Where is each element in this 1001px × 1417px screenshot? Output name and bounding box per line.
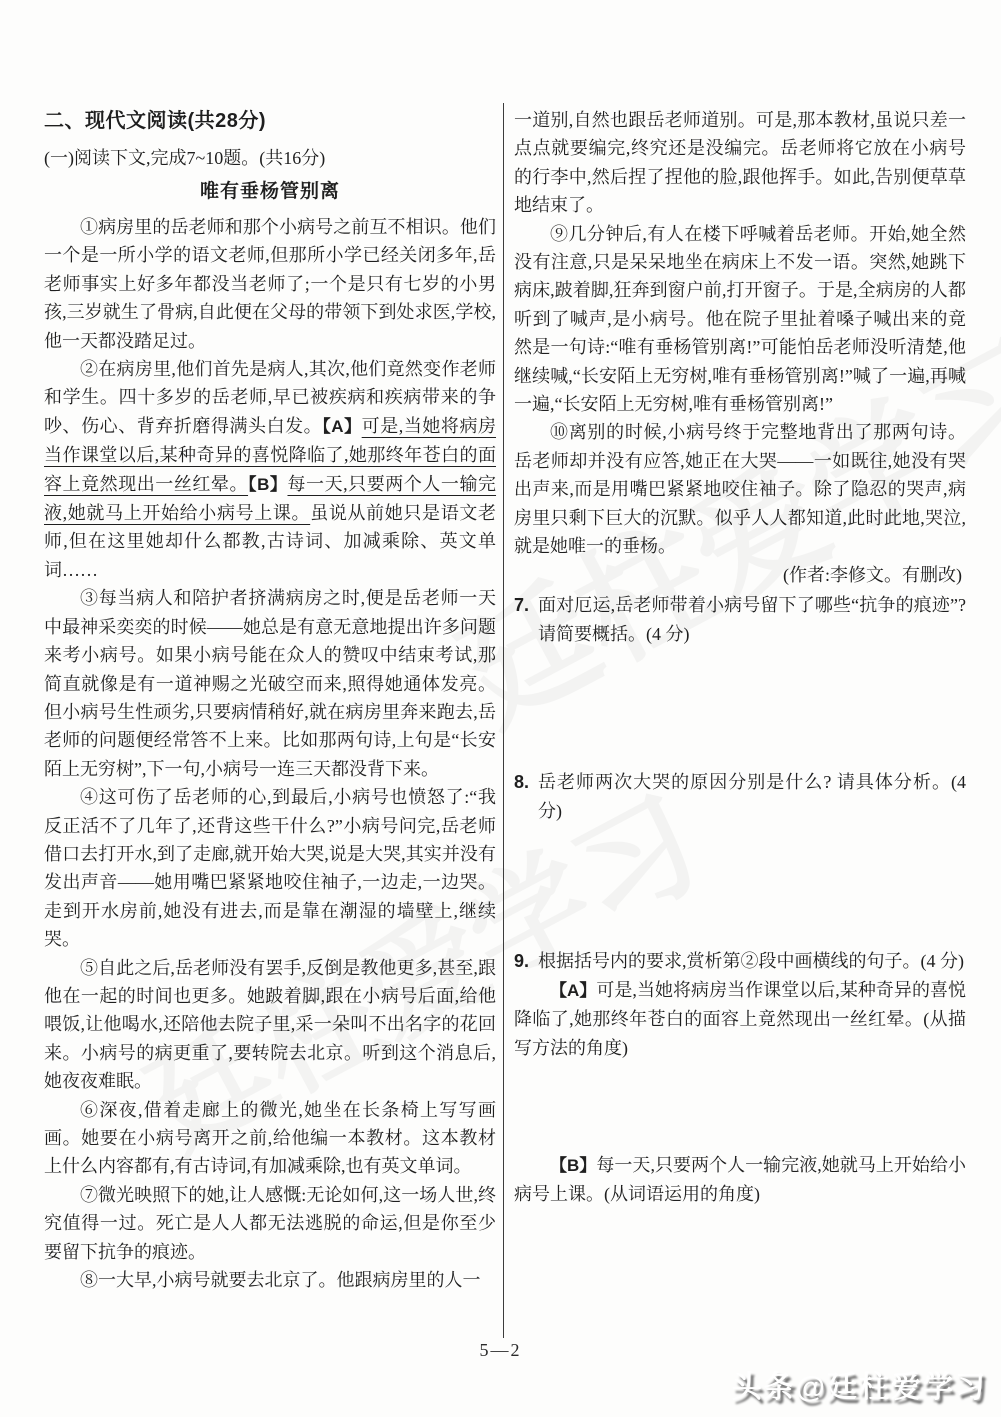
left-column: 二、现代文阅读(共28分) (一)阅读下文,完成7~10题。(共16分) 唯有垂… [44, 106, 496, 1294]
passage-paragraph-1: ①病房里的岳老师和那个小病号之前互不相识。他们一个是一所小学的语文老师,但那所小… [44, 213, 496, 355]
question-9: 9. 根据括号内的要求,赏析第②段中画横线的句子。(4 分) [514, 947, 966, 976]
sentence-marker-b: 【B】 [550, 1156, 596, 1175]
exam-page: 廷柱爱学习 廷柱爱学习 二、现代文阅读(共28分) (一)阅读下文,完成7~10… [0, 0, 1001, 1417]
author-note: (作者:李修文。有删改) [514, 561, 966, 589]
question-7: 7. 面对厄运,岳老师带着小病号留下了哪些“抗争的痕迹”? 请简要概括。(4 分… [514, 591, 966, 649]
passage-paragraph-9: ⑨几分钟后,有人在楼下呼喊着岳老师。开始,她全然没有注意,只是呆呆地坐在病床上不… [514, 220, 966, 419]
answer-space-q9a [514, 1063, 966, 1151]
question-7-number: 7. [514, 591, 538, 649]
sentence-marker-b: 【B】 [248, 475, 287, 494]
passage-paragraph-6: ⑥深夜,借着走廊上的微光,她坐在长条椅上写写画画。她要在小病号离开之前,给他编一… [44, 1096, 496, 1181]
question-9-sentence-a: 【A】可是,当她将病房当作课堂以后,某种奇异的喜悦降临了,她那终年苍白的面容上竟… [514, 976, 966, 1063]
passage-paragraph-2: ②在病房里,他们首先是病人,其次,他们竟然变作老师和学生。四十多岁的岳老师,早已… [44, 355, 496, 584]
section-heading: 二、现代文阅读(共28分) [44, 106, 496, 136]
sentence-marker-a: 【A】 [322, 417, 361, 436]
page-number: 5—2 [0, 1340, 1001, 1361]
question-8-number: 8. [514, 768, 538, 826]
question-8: 8. 岳老师两次大哭的原因分别是什么? 请具体分析。(4 分) [514, 768, 966, 826]
answer-space-q8 [514, 826, 966, 945]
toutiao-watermark: 头条@廷柱爱学习 [732, 1362, 987, 1406]
column-divider-line [503, 103, 504, 1338]
question-9-number: 9. [514, 947, 538, 976]
passage-paragraph-8-start: ⑧一大早,小病号就要去北京了。他跟病房里的人一 [44, 1266, 496, 1294]
passage-paragraph-3: ③每当病人和陪护者挤满病房之时,便是岳老师一天中最神采奕奕的时候——她总是有意无… [44, 584, 496, 783]
right-column: 一道别,自然也跟岳老师道别。可是,那本教材,虽说只差一点点就要编完,终究还是没编… [514, 106, 966, 1209]
question-9-text: 根据括号内的要求,赏析第②段中画横线的句子。(4 分) [538, 947, 966, 976]
answer-space-q7 [514, 649, 966, 766]
question-8-text: 岳老师两次大哭的原因分别是什么? 请具体分析。(4 分) [538, 768, 966, 826]
passage-title: 唯有垂杨管别离 [44, 177, 496, 207]
question-9-sentence-b: 【B】每一天,只要两个人一输完液,她就马上开始给小病号上课。(从词语运用的角度) [514, 1151, 966, 1209]
sentence-marker-a: 【A】 [550, 981, 596, 1000]
passage-paragraph-7: ⑦微光映照下的她,让人感慨:无论如何,这一场人世,终究值得一过。死亡是人人都无法… [44, 1181, 496, 1266]
passage-paragraph-4: ④这可伤了岳老师的心,到最后,小病号也愤怒了:“我反正活不了几年了,还背这些干什… [44, 783, 496, 953]
reading-instruction: (一)阅读下文,完成7~10题。(共16分) [44, 143, 496, 173]
passage-paragraph-8-continued: 一道别,自然也跟岳老师道别。可是,那本教材,虽说只差一点点就要编完,终究还是没编… [514, 106, 966, 220]
passage-paragraph-5: ⑤自此之后,岳老师没有罢手,反倒是教他更多,甚至,跟他在一起的时间也更多。她跛着… [44, 954, 496, 1096]
question-7-text: 面对厄运,岳老师带着小病号留下了哪些“抗争的痕迹”? 请简要概括。(4 分) [538, 591, 966, 649]
passage-paragraph-10: ⑩离别的时候,小病号终于完整地背出了那两句诗。岳老师却并没有应答,她正在大哭——… [514, 418, 966, 560]
